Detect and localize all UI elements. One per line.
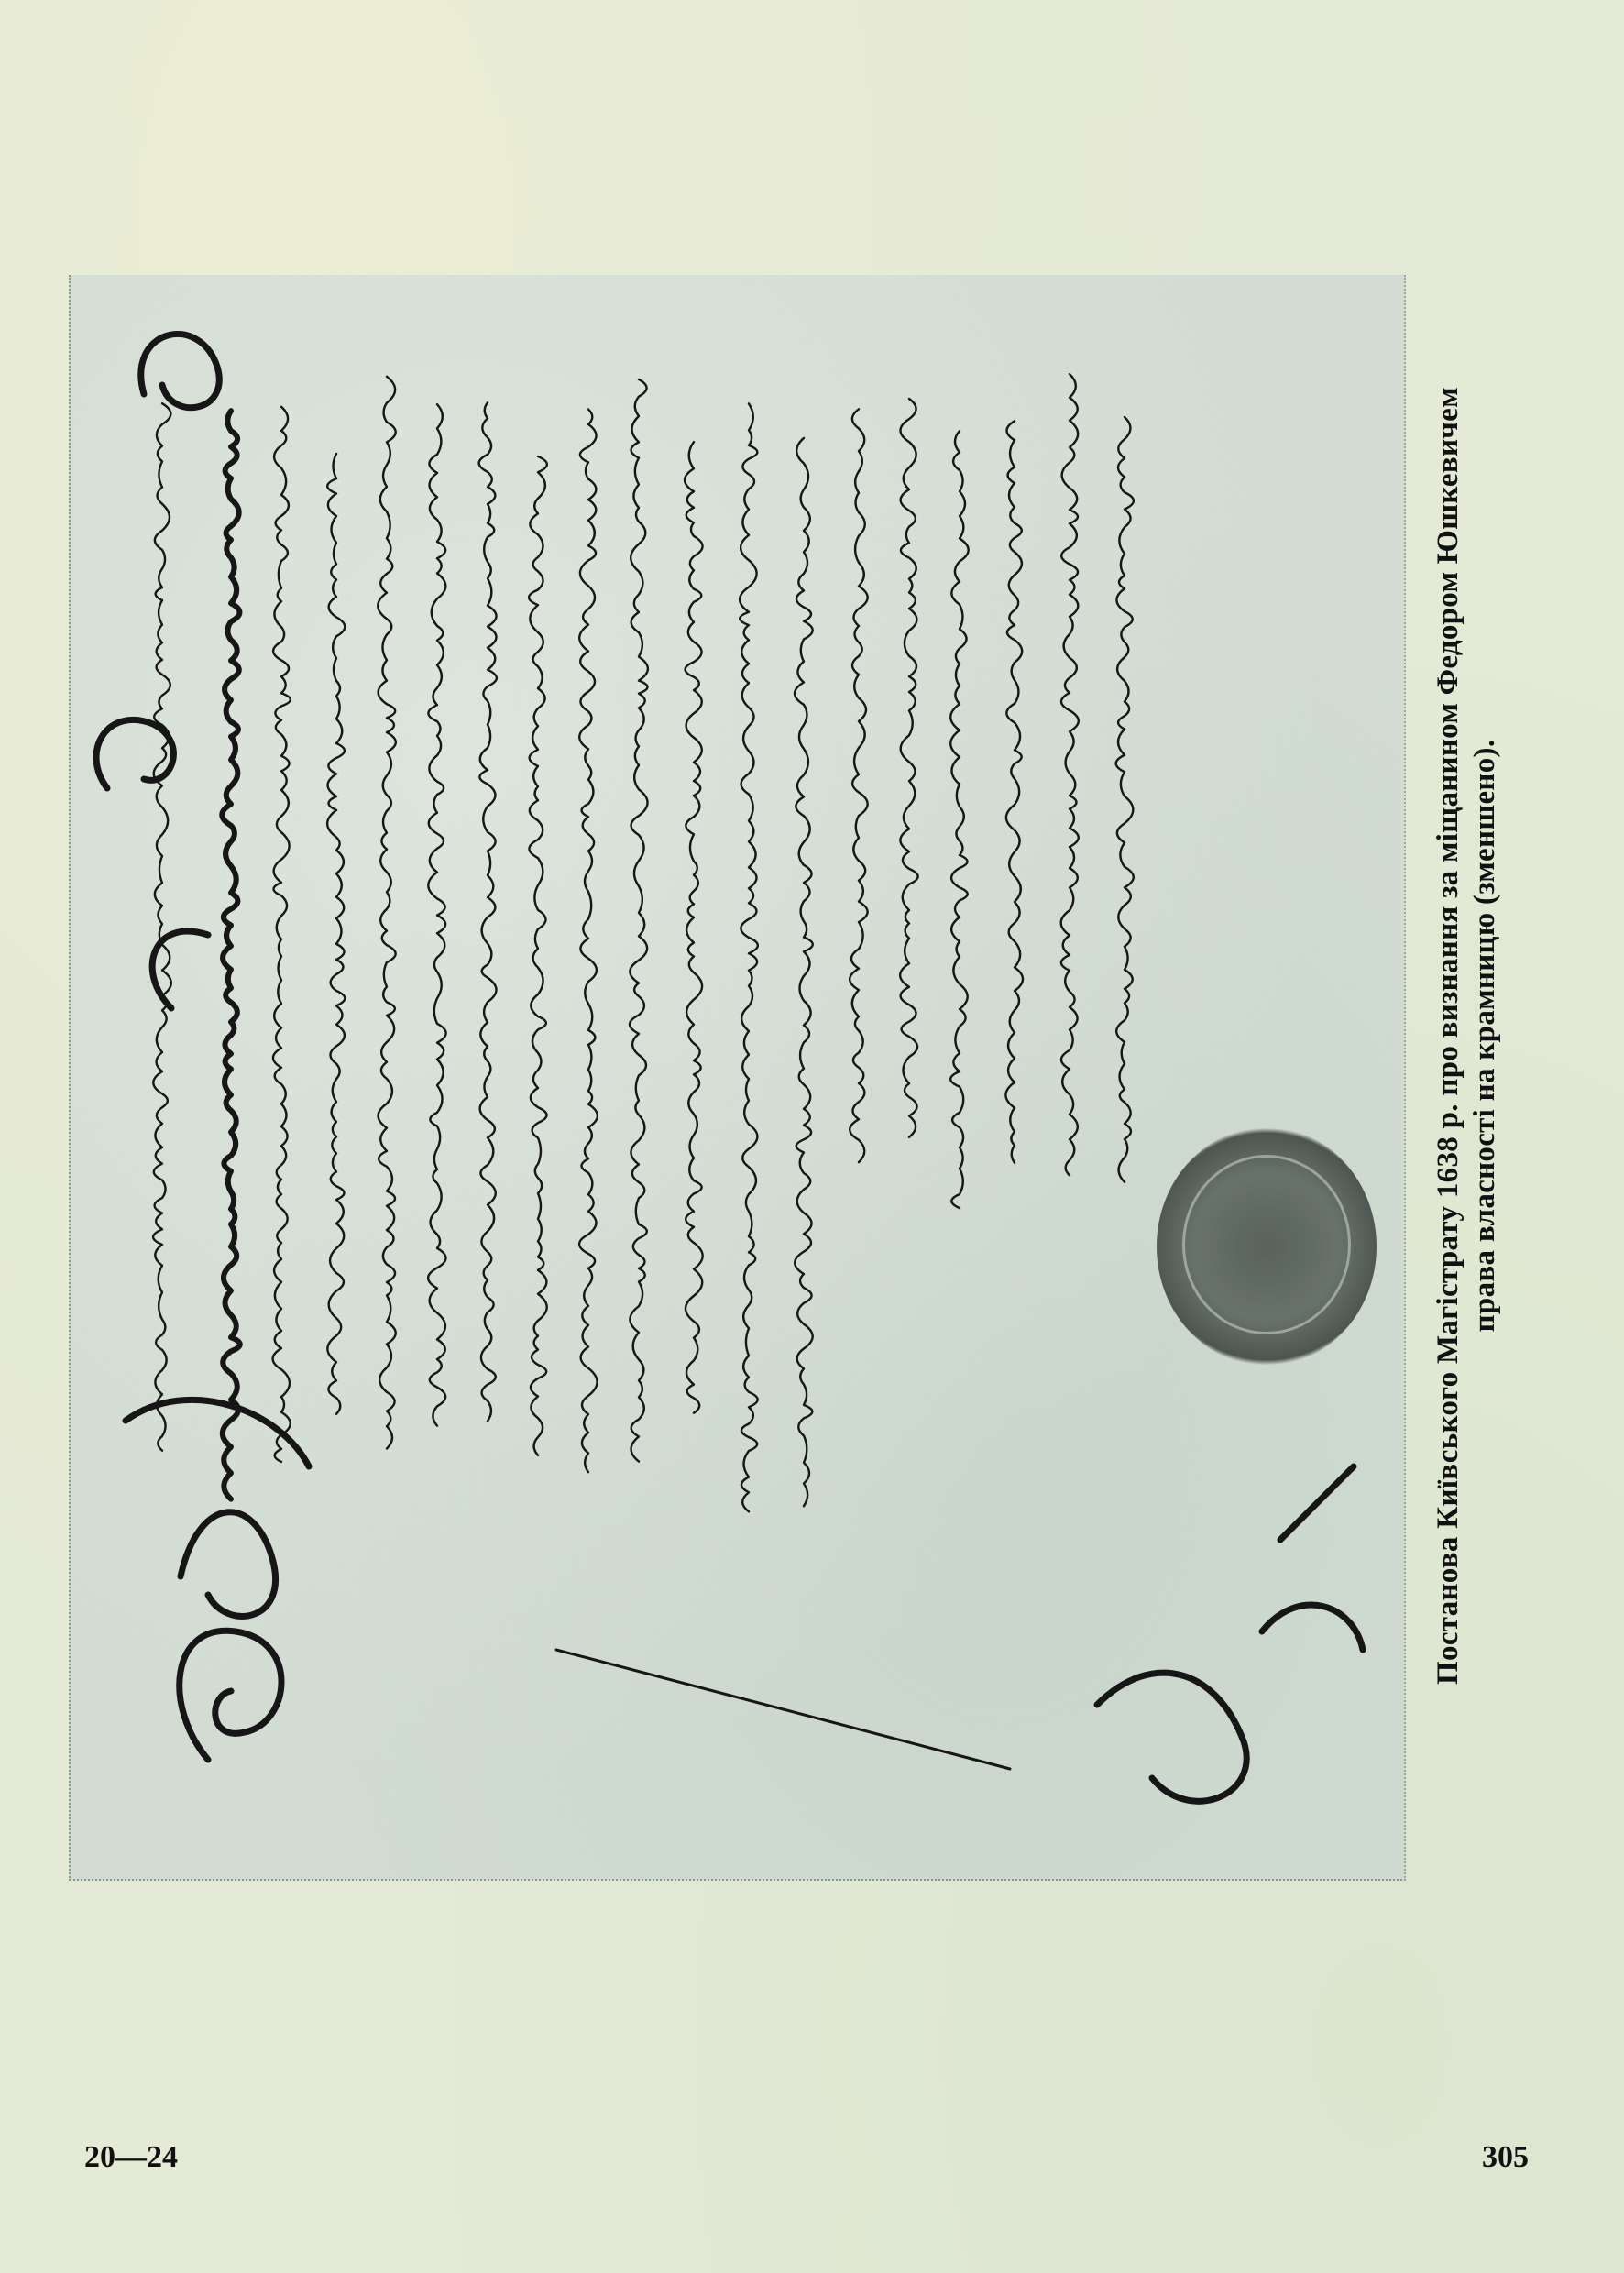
signature-mark: 20—24 — [84, 2140, 178, 2175]
wax-seal — [1157, 1127, 1377, 1366]
manuscript-facsimile — [69, 275, 1406, 1881]
caption-line-1: Постанова Київського Магістрату 1638 р. … — [1430, 247, 1466, 1824]
caption-line-2: права власності на крамницю (зменшено). — [1466, 247, 1503, 1824]
figure-caption: Постанова Київського Магістрату 1638 р. … — [1430, 247, 1503, 1824]
handwriting-strokes — [71, 275, 1404, 1879]
page-number: 305 — [1482, 2140, 1529, 2175]
